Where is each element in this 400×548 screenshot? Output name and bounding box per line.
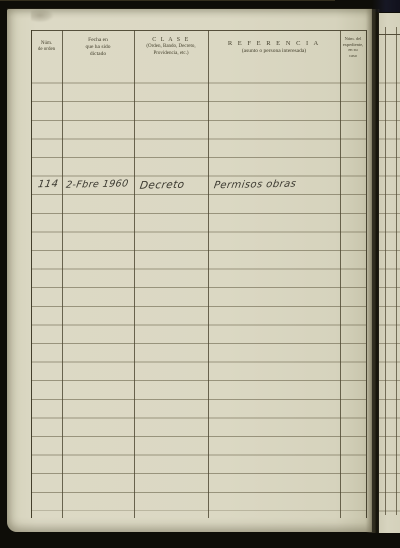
header-line: R E F E R E N C I A bbox=[228, 40, 320, 47]
book-gutter-shadow bbox=[366, 9, 380, 533]
entry-clase: Decreto bbox=[138, 175, 207, 194]
table-column-line bbox=[31, 30, 32, 518]
header-line: de orden bbox=[38, 47, 55, 54]
header-referencia: R E F E R E N C I A (asunto o persona in… bbox=[208, 30, 340, 64]
table-column-line bbox=[208, 30, 209, 518]
entry-referencia: Permisos obras bbox=[212, 175, 339, 196]
adjacent-page-sliver bbox=[379, 13, 400, 533]
header-line: caso bbox=[349, 53, 357, 59]
pencil-smudge-mark bbox=[31, 9, 53, 22]
table-column-line bbox=[134, 30, 135, 518]
entry-num-orden: 114 bbox=[33, 176, 64, 195]
entry-fecha: 2-Fbre 1960 bbox=[64, 175, 135, 194]
table-column-line bbox=[366, 30, 367, 518]
table-header-bottom-border bbox=[0, 0, 335, 1]
adjacent-page-column-line bbox=[396, 27, 397, 515]
table-column-line bbox=[340, 30, 341, 518]
table-row-lines bbox=[31, 65, 366, 511]
header-line: que ha sido bbox=[85, 44, 110, 51]
header-fecha: Fecha en que ha sido dictado bbox=[62, 30, 134, 64]
header-line: C L A S E bbox=[152, 37, 190, 44]
adjacent-page-column-line bbox=[385, 27, 386, 515]
header-line: (asunto o persona interesada) bbox=[242, 48, 306, 55]
header-line: Providencia, etc.) bbox=[153, 51, 188, 58]
table-column-line bbox=[62, 30, 63, 518]
header-clase: C L A S E (Orden, Bando, Decreto, Provid… bbox=[134, 30, 208, 64]
header-line: Fecha en bbox=[88, 37, 108, 44]
header-num-expediente: Núm. del expediente, en su caso bbox=[340, 30, 366, 64]
header-line: dictado bbox=[90, 51, 106, 58]
header-num-orden: Núm. de orden bbox=[31, 30, 62, 64]
scanned-registry-page: Núm. de orden Fecha en que ha sido dicta… bbox=[0, 0, 400, 548]
binding-stitch-shadow bbox=[372, 0, 400, 12]
